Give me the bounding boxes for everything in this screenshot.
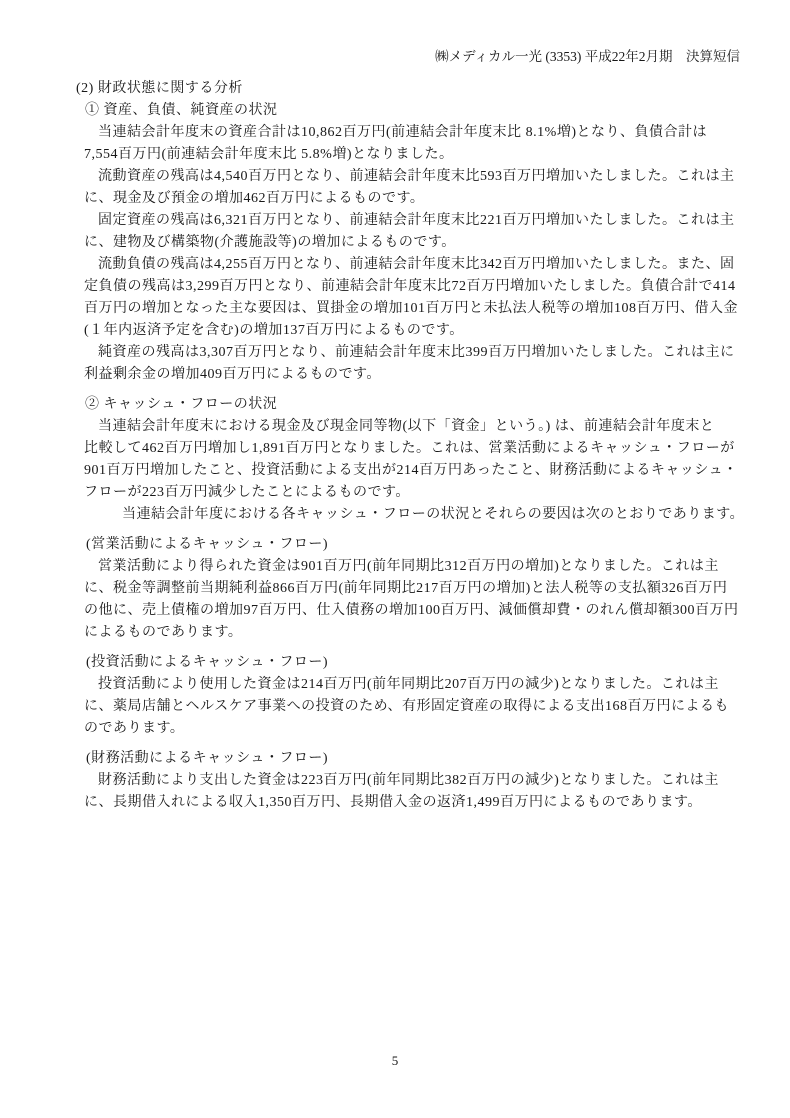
doc-line: (2) 財政状態に関する分析: [0, 78, 790, 100]
doc-line: 当連結会計年度末の資産合計は10,862百万円(前連結会計年度末比 8.1%増)…: [0, 122, 790, 144]
document-body: (2) 財政状態に関する分析① 資産、負債、純資産の状況当連結会計年度末の資産合…: [0, 78, 790, 814]
doc-line: の他に、売上債権の増加97百万円、仕入債務の増加100百万円、減価償却費・のれん…: [0, 600, 790, 622]
doc-line: 投資活動により使用した資金は214百万円(前年同期比207百万円の減少)となりま…: [0, 674, 790, 696]
doc-line: 財務活動により支出した資金は223百万円(前年同期比382百万円の減少)となりま…: [0, 770, 790, 792]
doc-line: によるものであります。: [0, 622, 790, 644]
doc-line: 固定資産の残高は6,321百万円となり、前連結会計年度末比221百万円増加いたし…: [0, 210, 790, 232]
doc-line: (営業活動によるキャッシュ・フロー): [0, 534, 790, 556]
doc-line: のであります。: [0, 718, 790, 740]
doc-line: 当連結会計年度における各キャッシュ・フローの状況とそれらの要因は次のとおりであり…: [0, 504, 790, 526]
doc-line: 利益剰余金の増加409百万円によるものです。: [0, 364, 790, 386]
doc-line: 百万円の増加となった主な要因は、買掛金の増加101百万円と未払法人税等の増加10…: [0, 298, 790, 320]
doc-line: (投資活動によるキャッシュ・フロー): [0, 652, 790, 674]
doc-line: (１年内返済予定を含む)の増加137百万円によるものです。: [0, 320, 790, 342]
doc-line: 流動負債の残高は4,255百万円となり、前連結会計年度末比342百万円増加いたし…: [0, 254, 790, 276]
doc-line: 営業活動により得られた資金は901百万円(前年同期比312百万円の増加)となりま…: [0, 556, 790, 578]
doc-line: 当連結会計年度末における現金及び現金同等物(以下「資金」という。) は、前連結会…: [0, 416, 790, 438]
doc-line: ② キャッシュ・フローの状況: [0, 394, 790, 416]
doc-line: に、薬局店舗とヘルスケア事業への投資のため、有形固定資産の取得による支出168百…: [0, 696, 790, 718]
doc-line: に、長期借入れによる収入1,350百万円、長期借入金の返済1,499百万円による…: [0, 792, 790, 814]
doc-line: 比較して462百万円増加し1,891百万円となりました。これは、営業活動によるキ…: [0, 438, 790, 460]
doc-line: に、建物及び構築物(介護施設等)の増加によるものです。: [0, 232, 790, 254]
doc-line: フローが223百万円減少したことによるものです。: [0, 482, 790, 504]
document-page: ㈱メディカル一光 (3353) 平成22年2月期 決算短信 (2) 財政状態に関…: [0, 0, 790, 1118]
doc-line: に、税金等調整前当期純利益866百万円(前年同期比217百万円の増加)と法人税等…: [0, 578, 790, 600]
doc-line: 流動資産の残高は4,540百万円となり、前連結会計年度末比593百万円増加いたし…: [0, 166, 790, 188]
doc-line: 定負債の残高は3,299百万円となり、前連結会計年度末比72百万円増加いたしまし…: [0, 276, 790, 298]
doc-line: 7,554百万円(前連結会計年度末比 5.8%増)となりました。: [0, 144, 790, 166]
doc-line: 901百万円増加したこと、投資活動による支出が214百万円あったこと、財務活動に…: [0, 460, 790, 482]
doc-line: 純資産の残高は3,307百万円となり、前連結会計年度末比399百万円増加いたしま…: [0, 342, 790, 364]
doc-line: に、現金及び預金の増加462百万円によるものです。: [0, 188, 790, 210]
page-number: 5: [0, 1050, 790, 1072]
page-header: ㈱メディカル一光 (3353) 平成22年2月期 決算短信: [0, 46, 790, 68]
doc-line: (財務活動によるキャッシュ・フロー): [0, 748, 790, 770]
doc-line: ① 資産、負債、純資産の状況: [0, 100, 790, 122]
